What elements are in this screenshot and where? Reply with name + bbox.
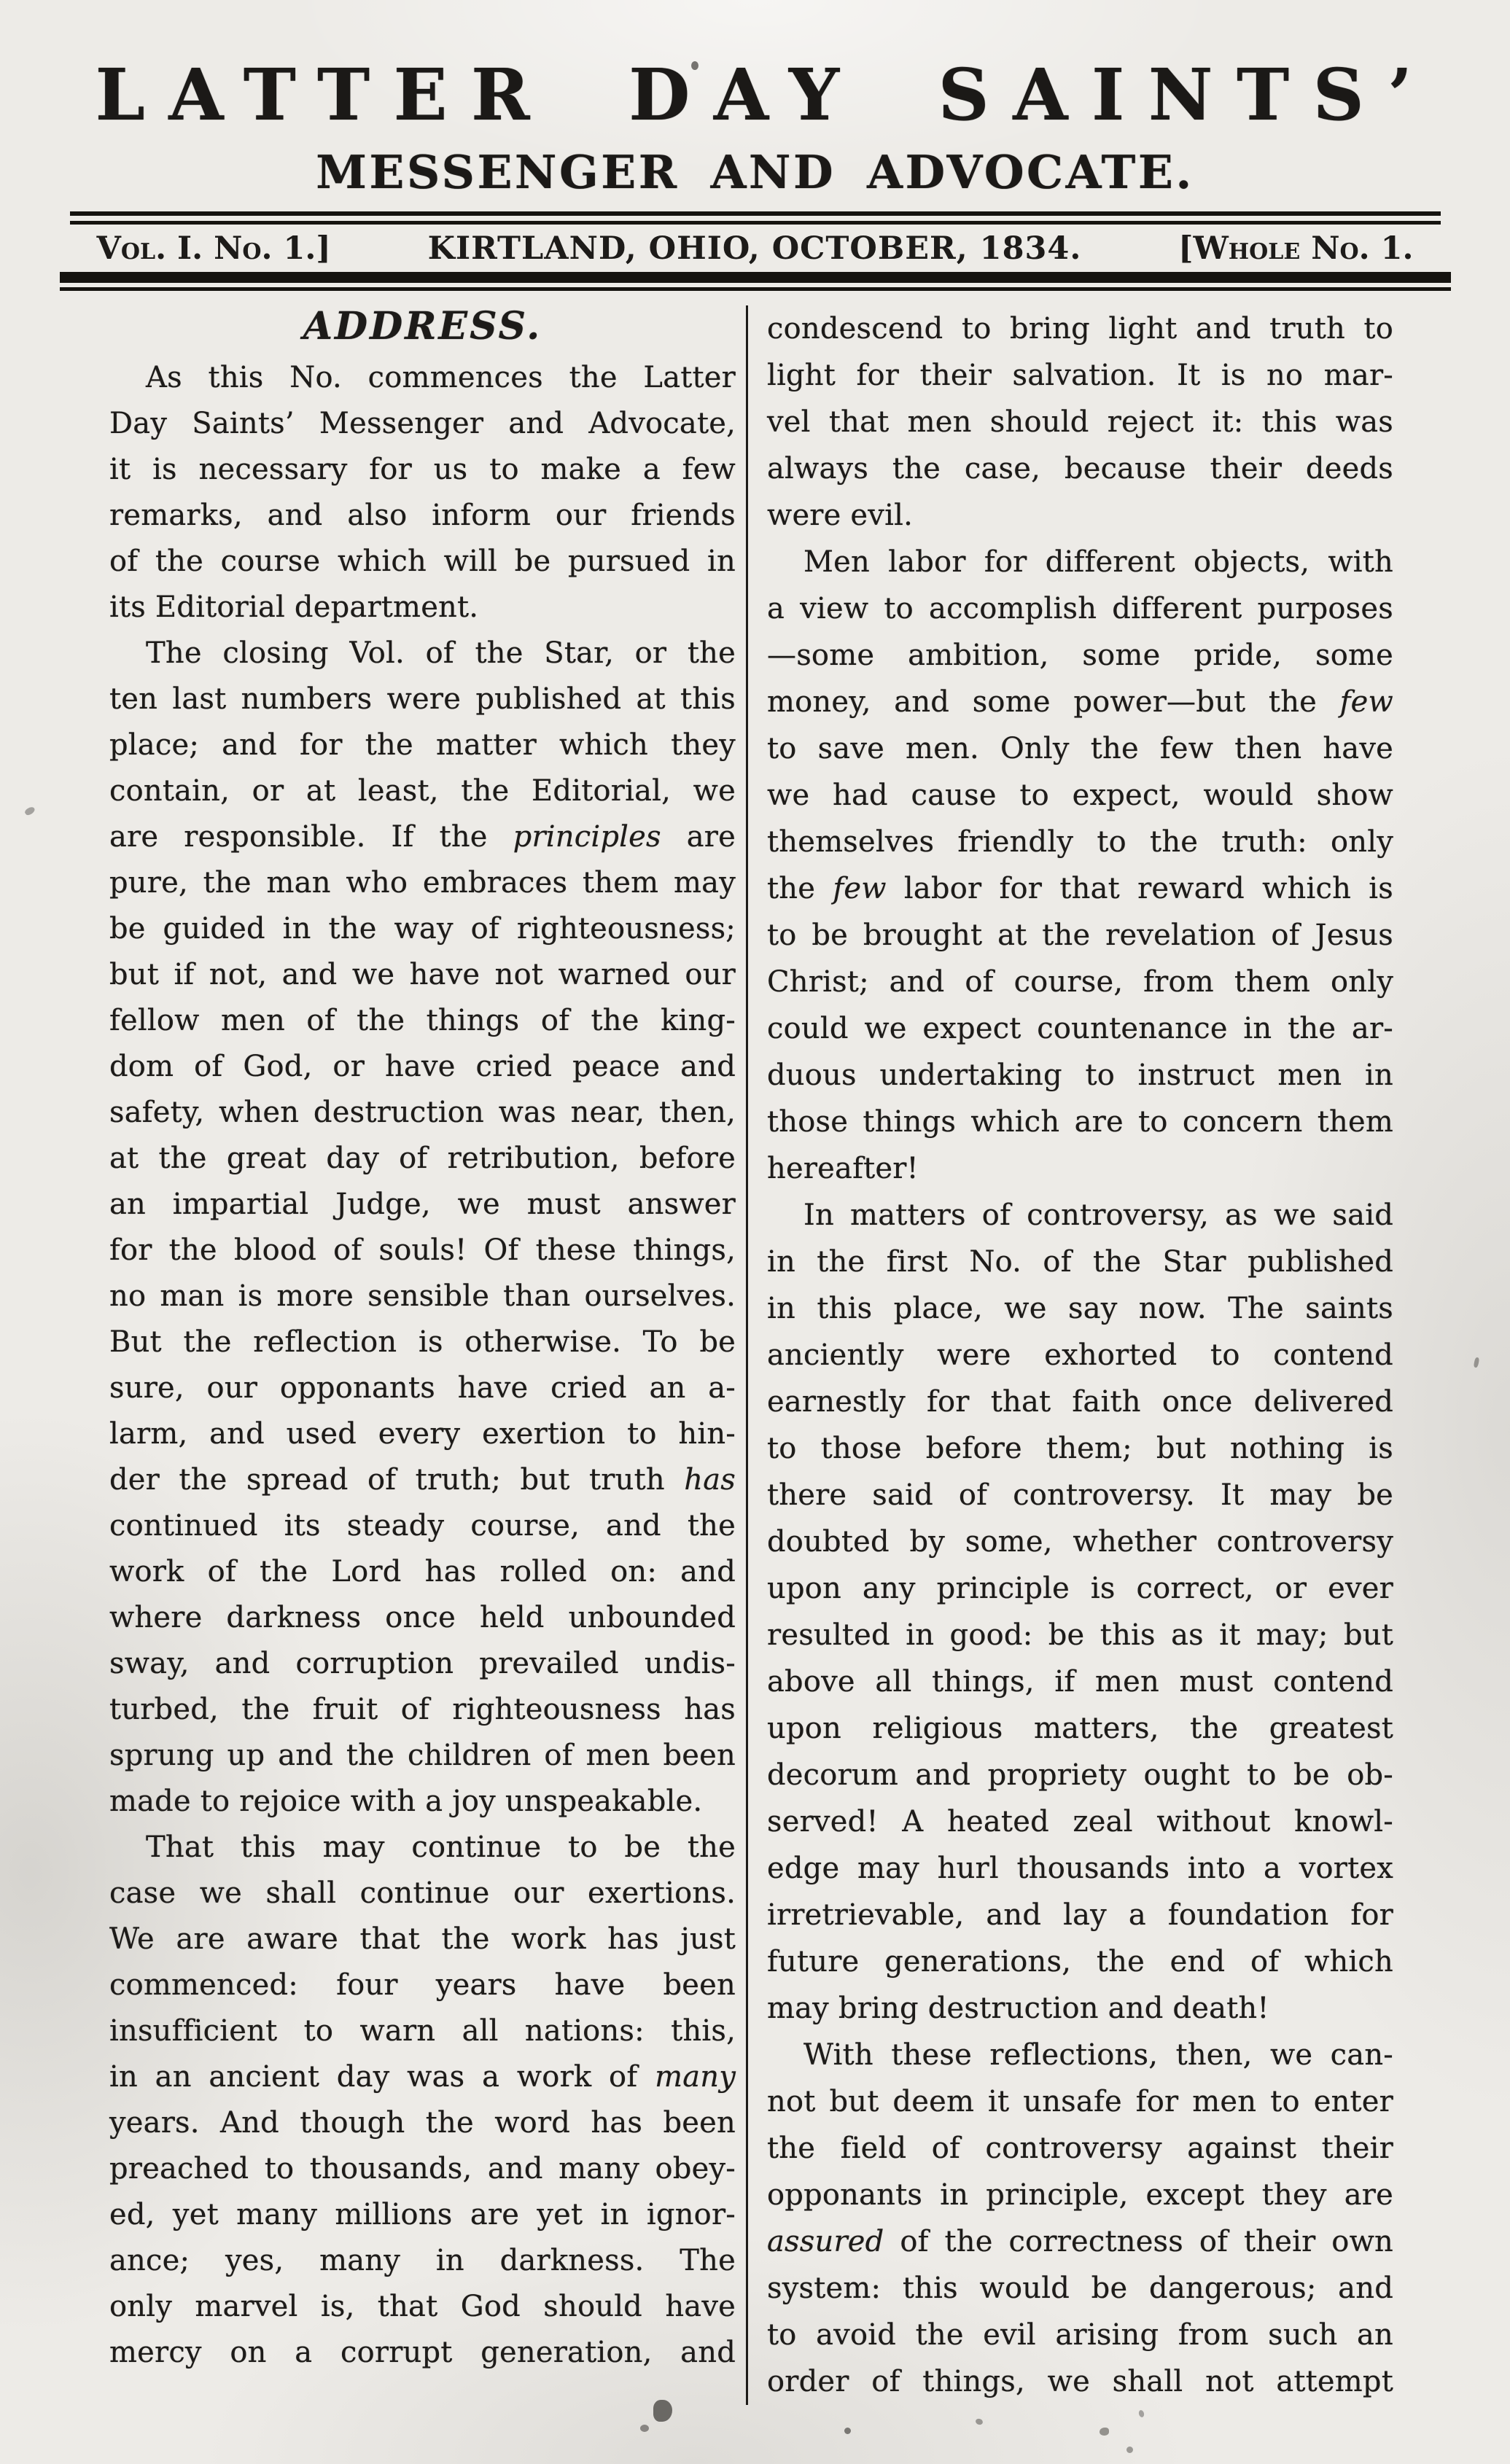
- double-rule: [70, 211, 1441, 225]
- text-line: it is necessary for us to make a few: [109, 447, 736, 493]
- thick-rule: [60, 272, 1451, 291]
- volume-number: Vol. I. No. 1.]: [97, 230, 331, 268]
- text-line: in the first No. of the Star published: [767, 1239, 1393, 1285]
- text-line: of the course which will be pursued in: [109, 539, 736, 585]
- text-line: but if not, and we have not warned our: [109, 952, 736, 998]
- text-line: case we shall continue our exertions.: [109, 1871, 736, 1917]
- text-line: a view to accomplish different purposes: [767, 585, 1393, 632]
- text-line: fellow men of the things of the king-: [109, 998, 736, 1044]
- text-line: could we expect countenance in the ar-: [767, 1005, 1393, 1052]
- text-line: money, and some power—but the few: [767, 679, 1393, 725]
- text-line: upon religious matters, the greatest: [767, 1705, 1393, 1752]
- text-line: safety, when destruction was near, then,: [109, 1090, 736, 1136]
- right-column: condescend to bring light and truth toli…: [748, 305, 1393, 2405]
- text-line: hereafter!: [767, 1145, 1393, 1192]
- text-line: continued its steady course, and the: [109, 1503, 736, 1549]
- ink-speck: [844, 2428, 851, 2434]
- paragraph: That this may continue to be thecase we …: [109, 1825, 736, 2376]
- text-line: to save men. Only the few then have: [767, 725, 1393, 772]
- text-line: sure, our opponants have cried an a-: [109, 1365, 736, 1411]
- text-line: In matters of controversy, as we said: [767, 1192, 1393, 1239]
- paragraph: With these reflections, then, we can-not…: [767, 2032, 1393, 2405]
- text-line: not but deem it unsafe for men to enter: [767, 2078, 1393, 2125]
- newspaper-page: LATTER DAY SAINTS’ MESSENGER AND ADVOCAT…: [0, 0, 1510, 2464]
- masthead-title: LATTER DAY SAINTS’: [0, 60, 1510, 130]
- text-line: But the reflection is otherwise. To be: [109, 1319, 736, 1365]
- text-line: sprung up and the children of men been: [109, 1733, 736, 1779]
- text-line: dom of God, or have cried peace and: [109, 1044, 736, 1090]
- text-line: edge may hurl thousands into a vortex: [767, 1845, 1393, 1892]
- ink-speck: [1138, 2409, 1145, 2417]
- text-line: be guided in the way of righteousness;: [109, 906, 736, 952]
- text-line: light for their salvation. It is no mar-: [767, 352, 1393, 399]
- text-line: the few labor for that reward which is: [767, 865, 1393, 912]
- text-line: Men labor for different objects, with: [767, 539, 1393, 585]
- text-line: The closing Vol. of the Star, or the: [109, 631, 736, 677]
- text-line: to avoid the evil arising from such an: [767, 2312, 1393, 2358]
- text-line: at the great day of retribution, before: [109, 1136, 736, 1182]
- right-column-text: condescend to bring light and truth toli…: [767, 305, 1393, 2405]
- text-line: opponants in principle, except they are: [767, 2172, 1393, 2218]
- text-line: pure, the man who embraces them may: [109, 860, 736, 906]
- text-line: We are aware that the work has just: [109, 1917, 736, 1962]
- volume-line: Vol. I. No. 1.] KIRTLAND, OHIO, OCTOBER,…: [97, 230, 1414, 268]
- text-line: the field of controversy against their: [767, 2125, 1393, 2172]
- paragraph: As this No. commences the LatterDay Sain…: [109, 355, 736, 631]
- place-and-date: KIRTLAND, OHIO, OCTOBER, 1834.: [428, 230, 1082, 268]
- text-line: its Editorial department.: [109, 585, 736, 631]
- text-line: condescend to bring light and truth to: [767, 305, 1393, 352]
- article-heading: ADDRESS.: [109, 305, 736, 348]
- text-line: ten last numbers were published at this: [109, 677, 736, 722]
- whole-number: [Whole No. 1.: [1178, 230, 1413, 268]
- text-line: mercy on a corrupt generation, and: [109, 2330, 736, 2376]
- ink-speck: [640, 2425, 649, 2432]
- text-line: Day Saints’ Messenger and Advocate,: [109, 401, 736, 447]
- text-line: As this No. commences the Latter: [109, 355, 736, 401]
- text-line: work of the Lord has rolled on: and: [109, 1549, 736, 1595]
- left-column-text: As this No. commences the LatterDay Sain…: [109, 355, 736, 2376]
- paragraph: The closing Vol. of the Star, or theten …: [109, 631, 736, 1825]
- text-line: der the spread of truth; but truth has: [109, 1457, 736, 1503]
- text-line: those things which are to concern them: [767, 1099, 1393, 1145]
- text-line: to be brought at the revelation of Jesus: [767, 912, 1393, 959]
- ink-speck: [653, 2400, 672, 2422]
- text-line: themselves friendly to the truth: only: [767, 819, 1393, 865]
- text-line: decorum and propriety ought to be ob-: [767, 1752, 1393, 1798]
- text-line: assured of the correctness of their own: [767, 2218, 1393, 2265]
- text-line: in this place, we say now. The saints: [767, 1285, 1393, 1332]
- text-line: sway, and corruption prevailed undis-: [109, 1641, 736, 1687]
- text-line: remarks, and also inform our friends: [109, 493, 736, 539]
- paragraph: condescend to bring light and truth toli…: [767, 305, 1393, 539]
- text-line: may bring destruction and death!: [767, 1985, 1393, 2032]
- text-line: in an ancient day was a work of many: [109, 2054, 736, 2100]
- text-line: duous undertaking to instruct men in: [767, 1052, 1393, 1099]
- ink-speck: [1100, 2428, 1109, 2436]
- text-line: That this may continue to be the: [109, 1825, 736, 1871]
- text-line: place; and for the matter which they: [109, 722, 736, 768]
- text-line: resulted in good: be this as it may; but: [767, 1612, 1393, 1658]
- paragraph: Men labor for different objects, witha v…: [767, 539, 1393, 1192]
- text-line: years. And though the word has been: [109, 2100, 736, 2146]
- ink-speck: [975, 2418, 984, 2426]
- text-line: vel that men should reject it: this was: [767, 399, 1393, 445]
- text-line: ed, yet many millions are yet in ignor-: [109, 2192, 736, 2238]
- text-line: an impartial Judge, we must answer: [109, 1182, 736, 1228]
- text-line: for the blood of souls! Of these things,: [109, 1228, 736, 1274]
- text-line: served! A heated zeal without knowl-: [767, 1798, 1393, 1845]
- text-line: contain, or at least, the Editorial, we: [109, 768, 736, 814]
- text-line: only marvel is, that God should have: [109, 2284, 736, 2330]
- masthead: LATTER DAY SAINTS’ MESSENGER AND ADVOCAT…: [0, 0, 1510, 291]
- text-line: where darkness once held unbounded: [109, 1595, 736, 1641]
- ink-speck: [691, 61, 698, 70]
- text-line: larm, and used every exertion to hin-: [109, 1411, 736, 1457]
- text-line: there said of controversy. It may be: [767, 1472, 1393, 1518]
- text-line: to those before them; but nothing is: [767, 1425, 1393, 1472]
- text-line: future generations, the end of which: [767, 1938, 1393, 1985]
- text-line: irretrievable, and lay a foundation for: [767, 1892, 1393, 1938]
- text-line: turbed, the fruit of righteousness has: [109, 1687, 736, 1733]
- text-line: we had cause to expect, would show: [767, 772, 1393, 819]
- paragraph: In matters of controversy, as we saidin …: [767, 1192, 1393, 2032]
- text-line: no man is more sensible than ourselves.: [109, 1274, 736, 1319]
- text-line: commenced: four years have been: [109, 1962, 736, 2008]
- text-line: doubted by some, whether controversy: [767, 1518, 1393, 1565]
- text-line: earnestly for that faith once delivered: [767, 1379, 1393, 1425]
- text-line: upon any principle is correct, or ever: [767, 1565, 1393, 1612]
- text-line: order of things, we shall not attempt: [767, 2358, 1393, 2405]
- left-column: ADDRESS. As this No. commences the Latte…: [109, 305, 748, 2405]
- text-line: were evil.: [767, 492, 1393, 539]
- text-line: system: this would be dangerous; and: [767, 2265, 1393, 2312]
- text-line: always the case, because their deeds: [767, 445, 1393, 492]
- text-line: Christ; and of course, from them only: [767, 959, 1393, 1005]
- article-body: ADDRESS. As this No. commences the Latte…: [0, 305, 1510, 2405]
- text-line: are responsible. If the principles are: [109, 814, 736, 860]
- text-line: ance; yes, many in darkness. The: [109, 2238, 736, 2284]
- text-line: preached to thousands, and many obey-: [109, 2146, 736, 2192]
- masthead-subtitle: MESSENGER AND ADVOCATE.: [0, 149, 1510, 195]
- text-line: insufficient to warn all nations: this,: [109, 2008, 736, 2054]
- text-line: above all things, if men must contend: [767, 1658, 1393, 1705]
- text-line: anciently were exhorted to contend: [767, 1332, 1393, 1379]
- ink-speck: [1126, 2447, 1133, 2453]
- text-line: With these reflections, then, we can-: [767, 2032, 1393, 2078]
- text-line: —some ambition, some pride, some: [767, 632, 1393, 679]
- text-line: made to rejoice with a joy unspeakable.: [109, 1779, 736, 1825]
